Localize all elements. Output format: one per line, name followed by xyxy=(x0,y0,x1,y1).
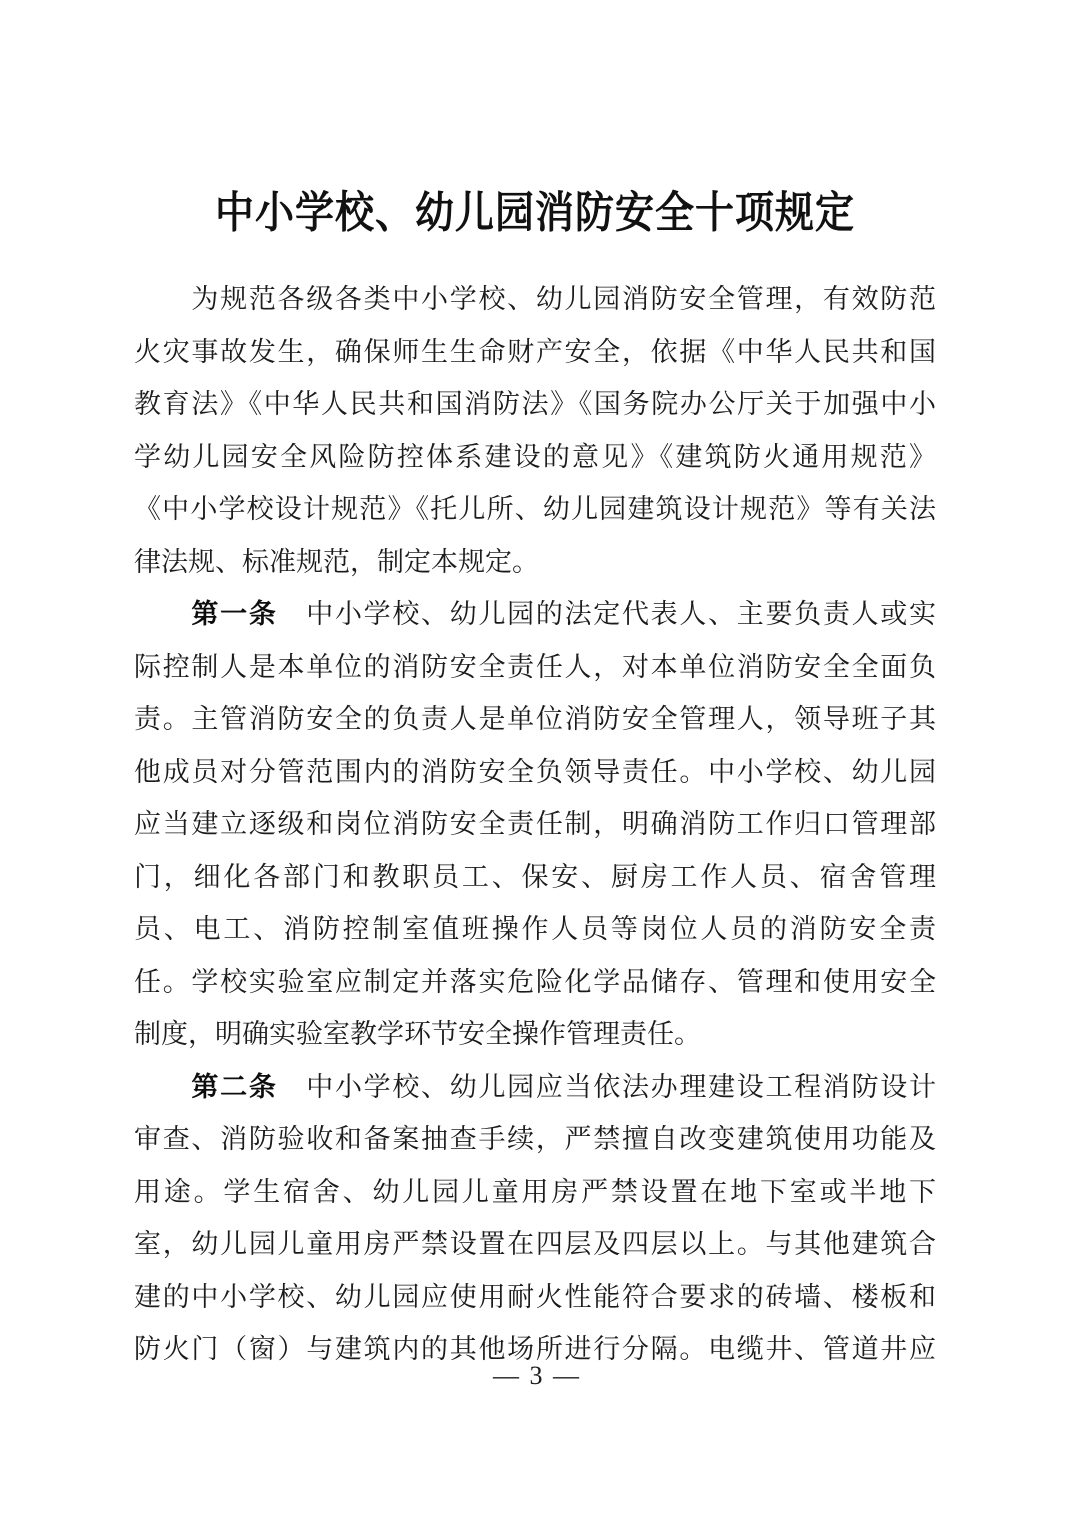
page-number: — 3 — xyxy=(493,1361,581,1390)
text-line: 门，细化各部门和教职员工、保安、厨房工作人员、宿舍管理 xyxy=(134,851,936,904)
document-title: 中小学校、幼儿园消防安全十项规定 xyxy=(134,183,936,246)
text-line: 第一条 中小学校、幼儿园的法定代表人、主要负责人或实 xyxy=(134,588,936,641)
text-line: 应当建立逐级和岗位消防安全责任制，明确消防工作归口管理部 xyxy=(134,798,936,851)
text-line: 他成员对分管范围内的消防安全负领导责任。中小学校、幼儿园 xyxy=(134,746,936,799)
page-footer: — 3 — xyxy=(0,1356,1074,1396)
text-line: 际控制人是本单位的消防安全责任人，对本单位消防安全全面负 xyxy=(134,641,936,694)
paragraph: 为规范各级各类中小学校、幼儿园消防安全管理，有效防范火灾事故发生，确保师生生命财… xyxy=(134,273,936,588)
article-text: 中小学校、幼儿园应当依法办理建设工程消防设计 xyxy=(278,1072,936,1102)
text-line: 建的中小学校、幼儿园应使用耐火性能符合要求的砖墙、楼板和 xyxy=(134,1271,936,1324)
text-line: 制度，明确实验室教学环节安全操作管理责任。 xyxy=(134,1008,936,1061)
text-line: 火灾事故发生，确保师生生命财产安全，依据《中华人民共和国 xyxy=(134,326,936,379)
text-line: 员、电工、消防控制室值班操作人员等岗位人员的消防安全责 xyxy=(134,903,936,956)
text-line: 审查、消防验收和备案抽查手续，严禁擅自改变建筑使用功能及 xyxy=(134,1113,936,1166)
article-number-label: 第二条 xyxy=(134,1072,278,1102)
text-line: 室，幼儿园儿童用房严禁设置在四层及四层以上。与其他建筑合 xyxy=(134,1218,936,1271)
article-text: 中小学校、幼儿园的法定代表人、主要负责人或实 xyxy=(278,599,936,629)
document-body: 为规范各级各类中小学校、幼儿园消防安全管理，有效防范火灾事故发生，确保师生生命财… xyxy=(134,273,936,1376)
paragraph: 第一条 中小学校、幼儿园的法定代表人、主要负责人或实际控制人是本单位的消防安全责… xyxy=(134,588,936,1061)
paragraph: 第二条 中小学校、幼儿园应当依法办理建设工程消防设计审查、消防验收和备案抽查手续… xyxy=(134,1061,936,1376)
text-line: 《中小学校设计规范》《托儿所、幼儿园建筑设计规范》等有关法 xyxy=(134,483,936,536)
text-line: 为规范各级各类中小学校、幼儿园消防安全管理，有效防范 xyxy=(134,273,936,326)
document-page: 中小学校、幼儿园消防安全十项规定 为规范各级各类中小学校、幼儿园消防安全管理，有… xyxy=(0,0,1074,1519)
text-line: 学幼儿园安全风险防控体系建设的意见》《建筑防火通用规范》 xyxy=(134,431,936,484)
text-line: 律法规、标准规范，制定本规定。 xyxy=(134,536,936,589)
text-line: 教育法》《中华人民共和国消防法》《国务院办公厅关于加强中小 xyxy=(134,378,936,431)
article-number-label: 第一条 xyxy=(134,599,278,629)
text-line: 任。学校实验室应制定并落实危险化学品储存、管理和使用安全 xyxy=(134,956,936,1009)
text-line: 用途。学生宿舍、幼儿园儿童用房严禁设置在地下室或半地下 xyxy=(134,1166,936,1219)
text-line: 责。主管消防安全的负责人是单位消防安全管理人，领导班子其 xyxy=(134,693,936,746)
text-line: 第二条 中小学校、幼儿园应当依法办理建设工程消防设计 xyxy=(134,1061,936,1114)
